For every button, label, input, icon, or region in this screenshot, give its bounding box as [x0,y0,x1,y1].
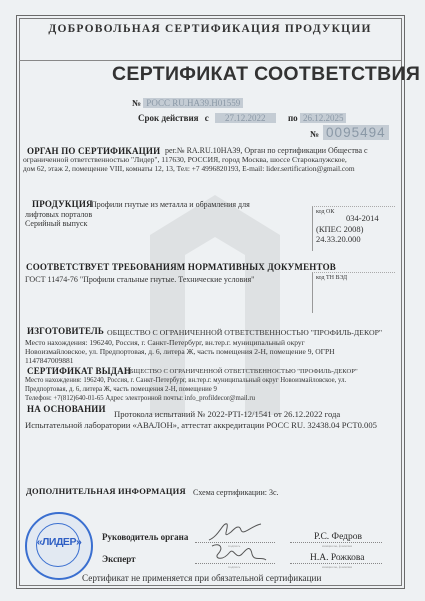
document-header: ДОБРОВОЛЬНАЯ СЕРТИФИКАЦИЯ ПРОДУКЦИИ [19,23,401,35]
product-line1: Профили гнутые из металла и обрамления д… [91,200,250,210]
code-ok-label: код ОК [316,209,334,215]
document-title: СЕРТИФИКАТ СООТВЕТСТВИЯ [112,63,420,86]
head-name-caption: инициалы, фамилия [322,544,352,548]
blank-number-label: № [310,129,319,139]
basis-label: НА ОСНОВАНИИ [27,404,106,414]
validity-to-date: 26.12.2025 [300,113,347,123]
blank-number-row: № 0095494 [310,124,389,142]
code-ok-kpes: (КПЕС 2008) [316,224,363,234]
additional-info-label: ДОПОЛНИТЕЛЬНАЯ ИНФОРМАЦИЯ [26,486,186,496]
cert-number-row: № РОСС RU.НА39.Н01559 [132,98,243,108]
stamp-text: «ЛИДЕР» [27,536,91,548]
validity-from-date: 27.12.2022 [215,113,276,123]
manufacturer-line3: 1147847009881 [25,356,73,366]
expert-label: Эксперт [102,554,136,564]
certification-body-line3: дом 62, этаж 2, помещение VIII, комнаты … [23,164,355,174]
compliance-standard: ГОСТ 11474-76 "Профили стальные гнутые. … [25,275,254,285]
number-label: № [132,98,141,108]
expert-name-line [290,563,382,564]
manufacturer-label: ИЗГОТОВИТЕЛЬ [27,326,104,336]
code-ok-box: код ОК 034-2014 (КПЕС 2008) 24.33.20.000 [312,206,395,251]
validity-label: Срок действия [138,113,199,123]
basis-laboratory: Испытательной лаборатории «АВАЛОН», атте… [25,420,377,430]
compliance-label: СООТВЕТСТВУЕТ ТРЕБОВАНИЯМ НОРМАТИВНЫХ ДО… [26,262,336,272]
code-ok-number: 24.33.20.000 [316,234,361,244]
lider-stamp: «ЛИДЕР» [25,512,93,580]
footer-note: Сертификат не применяется при обязательн… [82,573,321,583]
header-divider [19,60,401,61]
head-name-line [290,542,382,543]
blank-number: 0095494 [323,125,389,140]
head-of-body-label: Руководитель органа [102,532,188,542]
issued-to-label: СЕРТИФИКАТ ВЫДАН [27,366,131,376]
validity-to-row: по 26.12.2025 [288,113,346,123]
basis-protocol: Протокола испытаний № 2022-РТI-12/1541 о… [114,409,340,419]
product-label: ПРОДУКЦИЯ [32,199,93,209]
expert-signature-icon [208,540,268,566]
expert-name-caption: инициалы, фамилия [322,565,352,569]
validity-row: Срок действия с 27.12.2022 [138,113,276,123]
head-name: Р.С. Федров [314,532,362,542]
code-tnved-box: код ТН ВЭД [312,272,395,313]
validity-to-label: по [288,113,298,123]
cert-number: РОСС RU.НА39.Н01559 [143,98,243,108]
validity-from-label: с [205,113,209,123]
certification-scheme: Схема сертификации: 3с. [193,488,279,498]
expert-name: Н.А. Рожкова [310,553,364,563]
code-ok-value: 034-2014 [346,213,379,223]
product-line3: Серийный выпуск [25,219,87,229]
expert-sign-caption: подпись [228,565,240,569]
manufacturer-name: ОБЩЕСТВО С ОГРАНИЧЕННОЙ ОТВЕТСТВЕННОСТЬЮ… [107,328,382,338]
code-tnved-label: код ТН ВЭД [316,275,347,281]
issued-to-line3: Телефон: +7(812)640-01-65 Адрес электрон… [25,394,255,404]
